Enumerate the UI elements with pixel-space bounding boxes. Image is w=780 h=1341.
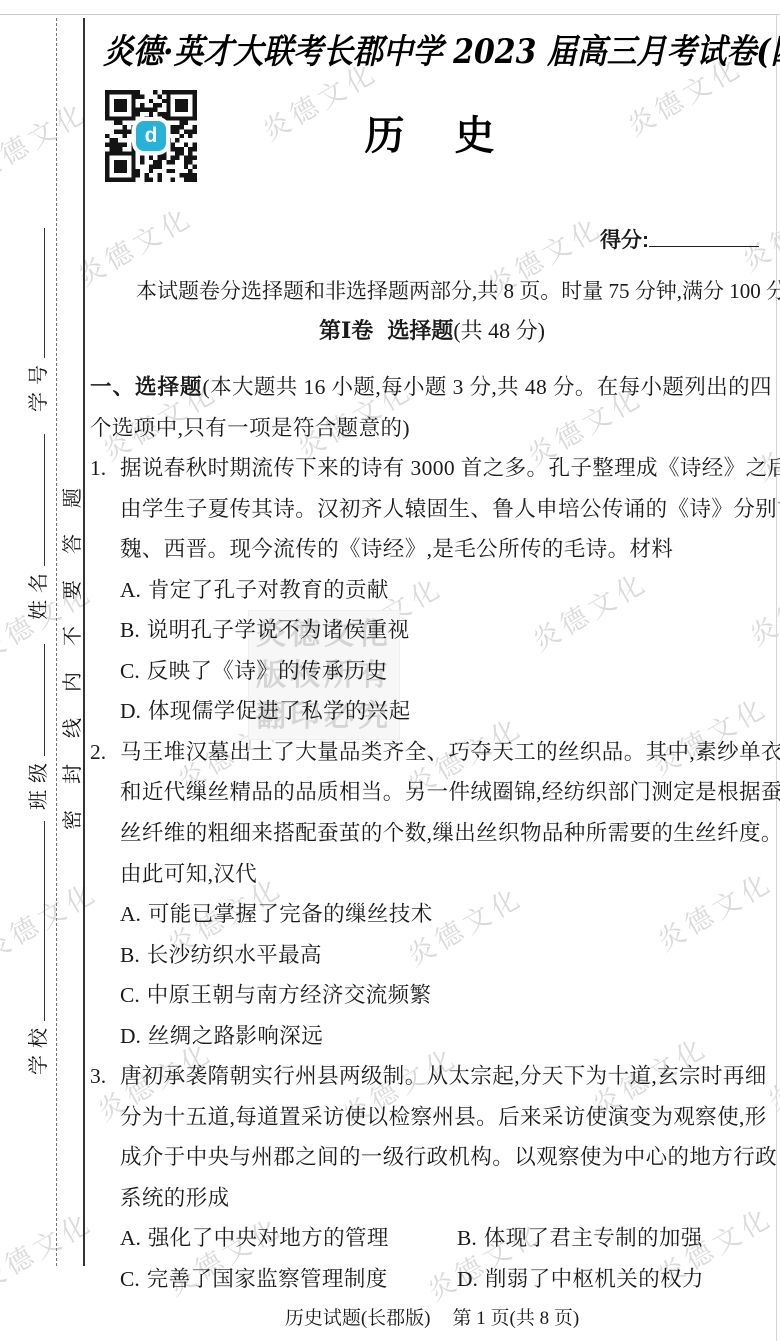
school-label: 学校 <box>28 1021 50 1075</box>
question-area: 一、选择题(本大题共 16 小题,每小题 3 分,共 48 分。在每小题列出的四… <box>90 367 768 1300</box>
option-text: 完善了国家监察管理制度 <box>147 1267 388 1291</box>
class-label: 班级 <box>28 756 50 810</box>
class-blank-line <box>29 644 45 756</box>
option-text: 体现儒学促进了私学的兴起 <box>148 699 411 723</box>
question-stem-line: 由学生子夏传其诗。汉初齐人辕固生、鲁人申培公传诵的《诗》分别亡于 <box>90 489 768 530</box>
option-col2: B.体现了君主专制的加强 <box>457 1218 703 1259</box>
section-heading: 第Ⅰ卷选择题(共 48 分) <box>90 314 774 345</box>
exam-page: 炎德文化炎德文化炎德文化炎德文化炎德文化炎德文化炎德文化炎德文化炎德文化炎德文化… <box>0 0 780 1341</box>
option-row: D.体现儒学促进了私学的兴起 <box>90 691 768 732</box>
option-text: 反映了《诗》的传承历史 <box>147 659 388 683</box>
student-id-field: 学号 <box>26 228 52 412</box>
option-text: 中原王朝与南方经济交流频繁 <box>147 983 432 1007</box>
question-stem-line: 和近代缫丝精品的品质相当。另一件绒圈锦,经纺织部门测定是根据蚕 <box>90 772 768 813</box>
option-label: A. <box>120 1226 141 1250</box>
school-field: 学校 <box>26 821 52 1075</box>
question-stem-line: 魏、西晋。现今流传的《诗经》,是毛公所传的毛诗。材料 <box>90 529 768 570</box>
option-row: A.可能已掌握了完备的缫丝技术 <box>90 894 768 935</box>
option-label: B. <box>120 943 140 967</box>
score-label: 得分: <box>600 229 649 252</box>
option-text: 肯定了孔子对教育的贡献 <box>148 578 389 602</box>
option-text: 强化了中央对地方的管理 <box>148 1226 389 1250</box>
section-name: 选择题 <box>387 318 453 343</box>
option-label: A. <box>120 902 141 926</box>
score-blank-line <box>649 227 759 247</box>
seal-instruction-text: 密封线内不要答题 <box>60 462 86 830</box>
diagonal-watermark: 炎德文化 <box>0 91 94 189</box>
student-id-label: 学号 <box>28 358 50 412</box>
question-stem-line: 成介于中央与州郡之间的一级行政机构。以观察使为中心的地方行政 <box>90 1137 768 1178</box>
instruction-line: 一、选择题(本大题共 16 小题,每小题 3 分,共 48 分。在每小题列出的四 <box>90 367 768 408</box>
option-label: C. <box>120 1267 140 1291</box>
option-row: B.说明孔子学说不为诸侯重视 <box>90 610 768 651</box>
option-label: A. <box>120 578 141 602</box>
option-text: 丝绸之路影响深远 <box>148 1024 323 1048</box>
question-stem-line: 2.马王堆汉墓出土了大量品类齐全、巧夺天工的丝织品。其中,素纱单衣 <box>90 732 768 773</box>
option-row: C.反映了《诗》的传承历史 <box>90 651 768 692</box>
subject-title: 历 史 <box>90 104 774 161</box>
footer-page-label: 第 1 页(共 8 页) <box>453 1308 580 1329</box>
option-text: 体现了君主专制的加强 <box>484 1226 703 1250</box>
option-text: 可能已掌握了完备的缫丝技术 <box>148 902 433 926</box>
name-label: 姓名 <box>28 566 50 620</box>
exam-notice: 本试题卷分选择题和非选择题两部分,共 8 页。时量 75 分钟,满分 100 分… <box>136 275 780 305</box>
option-label: C. <box>120 659 140 683</box>
question-stem-line: 系统的形成 <box>90 1178 768 1219</box>
option-text: 削弱了中枢机关的权力 <box>485 1267 704 1291</box>
option-row-two-col: C.完善了国家监察管理制度 D.削弱了中枢机关的权力 <box>90 1259 768 1300</box>
page-footer: 历史试题(长郡版)第 1 页(共 8 页) <box>90 1303 774 1330</box>
instruction-heading: 一、选择题 <box>90 375 203 399</box>
option-label: D. <box>120 699 141 723</box>
option-label: B. <box>457 1226 477 1250</box>
question-number: 1. <box>90 448 120 489</box>
instruction-text: (本大题共 16 小题,每小题 3 分,共 48 分。在每小题列出的四 <box>203 375 772 399</box>
question-stem-line: 分为十五道,每道置采访使以检察州县。后来采访使演变为观察使,形 <box>90 1097 768 1138</box>
seal-dashed-line <box>56 18 57 1266</box>
stem-text: 唐初承袭隋朝实行州县两级制。从太宗起,分天下为十道,玄宗时再细 <box>120 1064 767 1088</box>
option-label: D. <box>457 1267 478 1291</box>
section-points: (共 48 分) <box>453 318 545 343</box>
exam-title: 炎德·英才大联考长郡中学 2023 届高三月考试卷(四) <box>103 24 737 73</box>
name-field: 姓名 <box>26 434 52 620</box>
school-blank-line <box>29 821 45 1021</box>
stem-text: 马王堆汉墓出土了大量品类齐全、巧夺天工的丝织品。其中,素纱单衣 <box>120 740 780 764</box>
question-stem-line: 丝纤维的粗细来搭配蚕茧的个数,缫出丝织物品种所需要的生丝纤度。 <box>90 813 768 854</box>
name-blank-line <box>29 434 45 566</box>
footer-doc-label: 历史试题(长郡版) <box>285 1308 431 1329</box>
section-part: 第Ⅰ卷 <box>319 318 373 343</box>
option-text: 说明孔子学说不为诸侯重视 <box>147 618 410 642</box>
option-text: 长沙纺织水平最高 <box>147 943 322 967</box>
option-row: B.长沙纺织水平最高 <box>90 935 768 976</box>
student-id-blank-line <box>29 228 45 358</box>
option-row: C.中原王朝与南方经济交流频繁 <box>90 975 768 1016</box>
question-stem-line: 3.唐初承袭隋朝实行州县两级制。从太宗起,分天下为十道,玄宗时再细 <box>90 1056 768 1097</box>
question-number: 3. <box>90 1056 120 1097</box>
diagonal-watermark: 炎德文化 <box>0 871 104 969</box>
stem-text: 据说春秋时期流传下来的诗有 3000 首之多。孔子整理成《诗经》之后, <box>120 456 780 480</box>
option-col2: D.削弱了中枢机关的权力 <box>457 1259 704 1300</box>
question-stem-line: 1.据说春秋时期流传下来的诗有 3000 首之多。孔子整理成《诗经》之后, <box>90 448 768 489</box>
question-stem-line: 由此可知,汉代 <box>90 854 768 895</box>
option-row: A.肯定了孔子对教育的贡献 <box>90 570 768 611</box>
class-field: 班级 <box>26 644 52 810</box>
page-top-edge <box>0 14 780 15</box>
option-label: D. <box>120 1024 141 1048</box>
option-label: B. <box>120 618 140 642</box>
instruction-line: 个选项中,只有一项是符合题意的) <box>90 408 768 449</box>
score-field: 得分: <box>600 224 759 254</box>
option-label: C. <box>120 983 140 1007</box>
option-row-two-col: A.强化了中央对地方的管理 B.体现了君主专制的加强 <box>90 1218 768 1259</box>
question-number: 2. <box>90 732 120 773</box>
option-row: D.丝绸之路影响深远 <box>90 1016 768 1057</box>
